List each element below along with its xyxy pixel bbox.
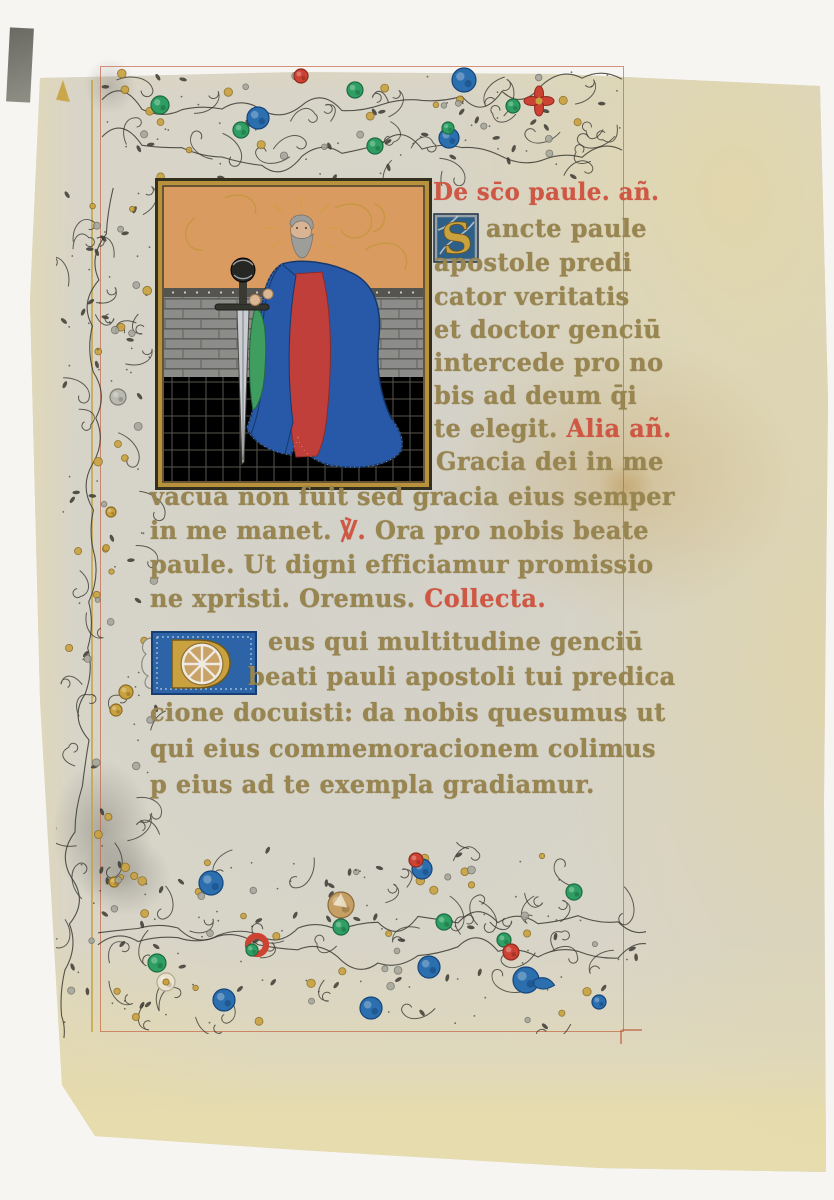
text-line: qui eius commemoracionem colimus	[150, 736, 656, 761]
text-line: Gracia dei in me	[436, 449, 664, 474]
text-line: eus qui multitudine genciū	[268, 629, 643, 654]
text-line: apostole predi	[434, 250, 632, 275]
text-line: beati pauli apostoli tui predica	[248, 664, 676, 689]
leaf-corner-damage	[6, 27, 34, 102]
text-segment: te elegit.	[434, 413, 566, 444]
rubric-heading: De sc̄o paule. añ.	[433, 180, 659, 204]
text-line: paule. Ut digni efficiamur promissio	[150, 552, 654, 577]
text-line: cator veritatis	[434, 284, 630, 309]
miniature-saint-paul	[155, 178, 432, 490]
text-line: ancte paule	[486, 216, 647, 241]
initial-d-panel	[138, 626, 264, 704]
text-segment: in me manet.	[150, 515, 341, 546]
rubric-segment: Alia añ.	[566, 413, 671, 444]
rubric-segment: Collecta.	[424, 583, 546, 614]
text-segment: Ora pro nobis beate	[366, 515, 649, 546]
floral-border-top	[98, 62, 626, 186]
text-line: vacua non fuit sed gracia eius semper	[150, 484, 675, 509]
versicle-mark: ℣.	[341, 515, 367, 546]
text-line: cione docuisti: da nobis quesumus ut	[150, 700, 666, 725]
scanned-manuscript-page: S De sc̄o paule. añ. ancte paule apostol…	[0, 0, 834, 1200]
text-line: et doctor genciū	[434, 317, 661, 342]
floral-border-bottom	[94, 842, 646, 1034]
text-line: p eius ad te exempla gradiamur.	[150, 772, 595, 797]
text-line: intercede pro no	[434, 350, 664, 375]
red-robe	[287, 272, 330, 457]
text-segment: ne xpristi. Oremus.	[150, 583, 424, 614]
text-line: in me manet. ℣. Ora pro nobis beate	[150, 518, 649, 543]
text-line: bis ad deum q̄i	[434, 383, 637, 408]
text-line: te elegit. Alia añ.	[434, 416, 672, 441]
hand	[263, 289, 273, 299]
wheel-icon	[183, 645, 221, 683]
hand	[250, 295, 261, 306]
text-line: ne xpristi. Oremus. Collecta.	[150, 586, 546, 611]
